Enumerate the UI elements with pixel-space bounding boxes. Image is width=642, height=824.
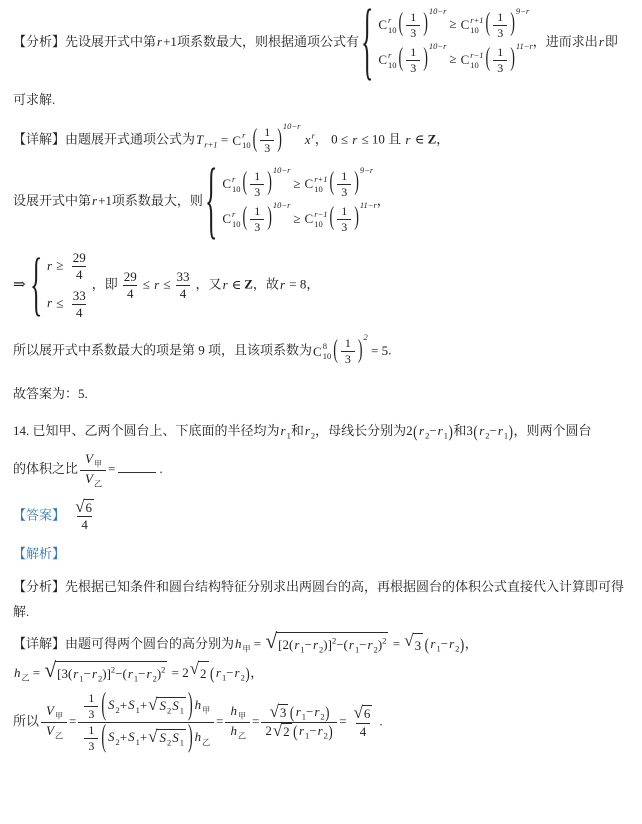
text-token: ( <box>329 202 336 237</box>
text-token: ≤ <box>163 277 170 292</box>
text-token: r <box>46 295 53 310</box>
text-token: − <box>138 666 145 681</box>
fraction: 334 <box>173 269 194 303</box>
text-token: ， <box>436 132 449 147</box>
text-token: 3 <box>341 351 355 367</box>
text-token: 10 <box>470 26 483 36</box>
text-token: = <box>254 636 261 651</box>
answer-blank <box>118 459 156 473</box>
text-token: 已知甲、乙两个圆台上、下底面的半径均为 <box>33 423 280 438</box>
detail-label: 【详解】 <box>13 132 65 147</box>
text-token: 和 <box>453 423 466 438</box>
text-token: 3 <box>278 704 289 721</box>
text-token: h <box>229 723 238 738</box>
text-token: + <box>140 697 147 712</box>
sqrt-radical: √[3(r1−r2)]2−(r1−r2)2 <box>44 661 167 687</box>
text-token: r+1 <box>204 139 217 149</box>
text-token: 4 <box>176 285 191 302</box>
text-token: 33 <box>173 269 194 285</box>
answer-fraction: √64 <box>70 499 99 534</box>
layout-span: [3(r1−r2)]2−(r1−r2)2 <box>55 661 167 687</box>
text-token: ，即 <box>92 277 118 292</box>
analysis-label: 【分析】 <box>13 34 65 49</box>
text-token: 先根据已知条件和圆台结构特征分别求出两圆台的高，再根据圆台的体积公式直接代入计算… <box>13 579 624 619</box>
text-token: − <box>115 666 122 681</box>
text-token: + <box>120 729 127 744</box>
jiexi-label: 【解析】 <box>13 546 65 561</box>
text-token: C <box>222 211 231 228</box>
text-token: h <box>194 729 203 744</box>
text-token: = <box>33 665 40 680</box>
layout-span: r ≥ 294r ≤ 334 <box>46 248 92 323</box>
text-token: r <box>280 423 287 438</box>
text-token: ( <box>252 116 259 165</box>
text-token: ∈ <box>229 277 245 292</box>
text-token: Z <box>428 132 437 147</box>
text-token: ， <box>465 636 478 651</box>
text-token: r <box>351 132 358 147</box>
analysis-label: 【分析】 <box>13 579 65 594</box>
sqrt-radical: √[2(r1−r2)]2−(r1−r2)2 <box>265 632 388 658</box>
q14-answer-line: 【答案】 √64 <box>13 499 629 534</box>
text-token: r <box>497 423 504 438</box>
hyi-formula: h乙 = √[3(r1−r2)]2−(r1−r2)2 = 2√2(r1−r2) <box>13 665 250 680</box>
fraction: 13 <box>341 336 355 367</box>
text-token: r <box>279 277 286 292</box>
text-token: − <box>359 637 366 652</box>
text-token: 10 <box>314 185 327 195</box>
text-token: C <box>305 211 314 228</box>
fraction: 334 <box>69 288 90 322</box>
text-token: ) <box>353 202 360 237</box>
text-token: 9−r <box>516 6 529 16</box>
text-token: +1 <box>98 193 112 208</box>
h-ratio-fraction: h甲h乙 <box>225 703 250 741</box>
text-token: 即 <box>605 34 618 49</box>
text-token: − <box>336 637 343 652</box>
text-token: C <box>222 176 231 193</box>
layout-span: V甲 <box>80 451 106 470</box>
fraction: 13 <box>337 204 351 235</box>
sqrt-radical: √6 <box>75 499 94 516</box>
q14-final-line: 所以V甲V乙=13(S2+S1+√S2S1)h甲13(S2+S1+√S2S1)h… <box>13 691 629 754</box>
layout-span: r−110 <box>470 51 483 71</box>
text-token: r <box>222 277 229 292</box>
text-token: 2 <box>265 723 272 738</box>
text-token: 4 <box>123 285 138 302</box>
system-row: r ≥ 294 <box>46 248 92 286</box>
text-token: ) <box>325 702 330 723</box>
text-token: C <box>378 17 387 34</box>
text-token: ∈ <box>415 132 425 147</box>
layout-span: r10 <box>232 210 241 230</box>
q13-analysis-line: 【分析】先设展开式中第r+1项系数最大，则根据通项公式有{Cr10(13)10−… <box>13 8 629 78</box>
layout-span: 13(S2+S1+√S2S1)h甲 <box>78 691 214 722</box>
text-token: ，进而求出 <box>533 34 598 49</box>
text-token: 和 <box>291 423 304 438</box>
text-token: 由题可得两个圆台的高分别为 <box>65 636 234 651</box>
text-token: r <box>146 666 153 681</box>
text-token: = <box>69 713 76 728</box>
text-token: = <box>216 713 223 728</box>
text-token: ( <box>329 167 336 202</box>
text-token: 甲 <box>55 712 63 721</box>
text-token: r <box>91 666 98 681</box>
text-token: r <box>317 723 324 738</box>
binomial-coefficient: Cr10 <box>378 51 396 71</box>
layout-span: Cr10(13)10−r≥Cr+110(13)9−rCr10(13)10−r≥C… <box>377 8 532 78</box>
text-token: − <box>305 637 312 652</box>
text-token: ，则两个圆台 <box>514 423 592 438</box>
text-token: Z <box>244 277 253 292</box>
layout-span: S2S1 <box>156 697 186 716</box>
text-token: 3 <box>406 60 420 76</box>
text-token: ，故 <box>253 277 279 292</box>
q14-jiexi-line: 【解析】 <box>13 542 629 566</box>
text-token: 的体积之比 <box>13 461 78 476</box>
text-token: C <box>305 176 314 193</box>
layout-span: h乙 <box>225 722 250 742</box>
text-token: ) <box>266 202 273 237</box>
text-token: 3 <box>84 738 98 754</box>
text-token: r <box>348 637 355 652</box>
text-token: )] <box>102 666 111 681</box>
text-token: h <box>229 703 238 718</box>
text-token: 29 <box>69 250 90 266</box>
text-token: ( <box>413 416 418 447</box>
text-token: 0 ≤ <box>331 132 348 147</box>
text-token: 甲 <box>243 645 251 654</box>
text-token: 乙 <box>94 480 102 489</box>
text-token: 10−r <box>273 200 291 210</box>
text-token: = <box>252 713 259 728</box>
text-token: T <box>195 132 204 147</box>
text-token: 6 <box>84 499 95 516</box>
text-token: 2 <box>364 332 368 342</box>
layout-span: r2 <box>304 423 315 438</box>
text-token: r <box>234 665 241 680</box>
text-token: 10 <box>388 61 397 71</box>
text-token: 1 <box>84 723 98 738</box>
text-token: 3 <box>493 60 507 76</box>
text-token: V <box>84 471 94 486</box>
text-token: ) <box>448 416 453 447</box>
fraction: 13 <box>250 169 264 200</box>
text-token: 1 <box>341 336 355 351</box>
implies-icon: ⇒ <box>13 277 28 293</box>
hjia-formula: h甲 = √[2(r1−r2)]2−(r1−r2)2 = √3(r1−r2) <box>234 636 465 651</box>
text-token: 33 <box>69 288 90 304</box>
text-token: ≥ <box>446 51 459 66</box>
left-brace-icon: { <box>361 0 373 87</box>
text-token: r <box>312 637 319 652</box>
layout-span: r10 <box>242 131 251 151</box>
text-token: = <box>108 461 115 476</box>
layout-span: r10 <box>388 16 397 36</box>
text-token: 3 <box>413 633 424 658</box>
text-token: C <box>461 17 470 34</box>
text-token: 3 <box>250 184 264 200</box>
text-token: 所以展开式中系数最大的项是第 <box>13 343 195 358</box>
text-token: ) <box>245 658 250 689</box>
text-token: [3( <box>57 666 72 681</box>
text-token: h <box>13 665 22 680</box>
text-token: r <box>598 34 605 49</box>
text-token: 1 <box>260 125 274 140</box>
answer-label: 【答案】 <box>13 507 65 522</box>
text-token: ≤ <box>143 277 150 292</box>
text-token: ≤ <box>56 295 63 310</box>
text-token: = <box>393 636 400 651</box>
q13-analysis-continued: 可求解. <box>13 88 629 112</box>
text-token: h <box>194 697 203 712</box>
layout-span: [2(r1−r2)]2−(r1−r2)2 <box>276 632 388 658</box>
text-token: 1 <box>493 45 507 60</box>
inequality-system: {Cr10(13)10−r≥Cr+110(13)9−rCr10(13)10−r≥… <box>203 167 377 237</box>
text-token: 1 <box>180 705 184 715</box>
text-token: S <box>171 698 180 713</box>
text-token: 1 <box>406 45 420 60</box>
fraction: 294 <box>69 250 90 284</box>
text-token: 先设展开式中第 <box>65 34 156 49</box>
fraction: 13 <box>406 45 420 76</box>
text-token: 3 <box>84 706 98 722</box>
slant-height-2: 3(r2−r1) <box>466 423 513 438</box>
volume-ratio-fraction: V甲V乙 <box>80 451 106 489</box>
text-token: 项系数最大，则根据通项公式有 <box>177 34 359 49</box>
text-token: 1 <box>337 169 351 184</box>
layout-span: r+110 <box>470 16 483 36</box>
text-token: 1 <box>337 204 351 219</box>
text-token: +1 <box>163 34 177 49</box>
sqrt-radical: √2 <box>273 723 292 740</box>
result-fraction: √64 <box>349 705 378 740</box>
text-token: ( <box>398 8 405 43</box>
layout-span: V乙 <box>41 722 67 742</box>
q14-problem-line: 14. 已知甲、乙两个圆台上、下底面的半径均为r1和r2，母线长分别为2(r2−… <box>13 419 629 444</box>
binomial-coefficient: C810 <box>313 340 331 364</box>
binomial-coefficient: Cr10 <box>222 210 240 230</box>
text-token: ) <box>357 327 364 376</box>
binomial-coefficient: Cr+110 <box>461 16 484 36</box>
q14-detail-hyi-line: h乙 = √[3(r1−r2)]2−(r1−r2)2 = 2√2(r1−r2)， <box>13 661 629 687</box>
sqrt-ratio-fraction: √3(r1−r2)2√2(r1−r2) <box>261 704 337 741</box>
layout-span: 810 <box>323 342 332 362</box>
text-token: ， <box>377 193 390 208</box>
text-token: 10 <box>388 26 397 36</box>
text-token: S <box>127 697 136 712</box>
detail-label: 【详解】 <box>13 636 65 651</box>
text-token: C <box>313 340 322 364</box>
text-token: C <box>232 129 241 153</box>
one-third-fraction: 13 <box>84 691 98 722</box>
text-token: ( <box>332 327 339 376</box>
text-token: 2 <box>281 723 292 740</box>
text-token: 10−r <box>429 41 447 51</box>
text-token: + <box>120 697 127 712</box>
volume-ratio-fraction: V甲V乙 <box>41 703 67 741</box>
text-token: ，又 <box>196 277 222 292</box>
text-token: ≥ <box>56 258 63 273</box>
text-token: ) <box>266 167 273 202</box>
layout-span: √3(r1−r2) <box>265 704 334 722</box>
text-token: 甲 <box>238 712 246 721</box>
text-token: h <box>234 636 243 651</box>
layout-span: √6 <box>349 705 378 723</box>
text-token: 1 <box>493 10 507 25</box>
inequality-system: {Cr10(13)10−r≥Cr+110(13)9−rCr10(13)10−r≥… <box>359 8 533 78</box>
text-token: C <box>461 52 470 69</box>
text-token: ) <box>353 167 360 202</box>
text-token: ) <box>509 43 516 78</box>
text-token: . <box>388 343 391 358</box>
layout-span: r+110 <box>314 175 327 195</box>
text-token: 1 <box>406 10 420 25</box>
text-token: 可求解. <box>13 92 55 107</box>
text-token: − <box>309 723 316 738</box>
text-token: ( <box>289 702 294 723</box>
text-token: 6 <box>362 705 373 722</box>
text-token: 4 <box>72 304 87 321</box>
fraction: 13 <box>406 10 420 41</box>
text-token: 10−r <box>283 121 301 131</box>
text-token: 甲 <box>94 460 102 469</box>
binomial-coefficient: Cr+110 <box>305 175 328 195</box>
text-token: 4 <box>356 723 371 740</box>
text-token: ) <box>459 630 464 661</box>
layout-span: r10 <box>388 51 397 71</box>
sqrt-radical: √2 <box>190 661 209 686</box>
text-token: 由题展开式通项公式为 <box>65 132 195 147</box>
text-token: 10 <box>232 185 241 195</box>
text-token: 29 <box>120 269 141 285</box>
text-token: 3 <box>493 25 507 41</box>
text-token: ，母线长分别为 <box>315 423 406 438</box>
text-token: 2 <box>382 636 386 646</box>
problem-number: 14. <box>13 423 29 438</box>
text-token: r <box>295 704 302 719</box>
max-coefficient-formula: C810(13)2 = 5 <box>312 343 388 358</box>
text-token: 10−r <box>273 165 291 175</box>
text-token: S <box>171 730 180 745</box>
sqrt-radical: √3 <box>404 633 423 658</box>
text-token: − <box>441 636 448 651</box>
fraction: 13 <box>260 125 274 156</box>
text-token: x <box>304 132 312 147</box>
q14-analysis-paragraph: 【分析】先根据已知条件和圆台结构特征分别求出两圆台的高，再根据圆台的体积公式直接… <box>13 574 629 625</box>
text-token: ( <box>293 721 298 742</box>
text-token: ) <box>422 43 429 78</box>
text-token: ≥ <box>290 176 303 191</box>
text-token: ( <box>398 43 405 78</box>
text-token: S <box>158 698 167 713</box>
system-row: Cr10(13)10−r≥Cr+110(13)9−r <box>377 8 532 43</box>
text-token: ( <box>100 718 107 758</box>
layout-span: V甲 <box>41 703 67 722</box>
left-brace-icon: { <box>205 159 217 246</box>
text-token: ， <box>250 665 263 680</box>
text-token: r <box>404 132 411 147</box>
text-token: V <box>45 723 55 738</box>
binomial-coefficient: Cr−110 <box>305 210 328 230</box>
system-row: Cr10(13)10−r≥Cr−110(13)11−r <box>221 202 376 237</box>
text-token: ≥ <box>290 211 303 226</box>
text-token: r <box>298 723 305 738</box>
fraction: 13 <box>250 204 264 235</box>
text-token: − <box>84 666 91 681</box>
text-token: r <box>215 665 222 680</box>
text-token: 3 <box>337 184 351 200</box>
sqrt-radical: √3 <box>270 704 289 721</box>
text-token: S <box>127 729 136 744</box>
text-token: 乙 <box>22 673 30 682</box>
binomial-coefficient: Cr10 <box>222 175 240 195</box>
text-token: ( <box>485 8 492 43</box>
text-token: 9 <box>198 343 205 358</box>
slant-height-1: 2(r2−r1) <box>406 423 453 438</box>
text-token: 3 <box>260 140 274 156</box>
text-token: r <box>304 423 311 438</box>
text-token: 项系数最大，则 <box>112 193 203 208</box>
layout-span: V乙 <box>80 470 106 490</box>
text-token: S <box>158 730 167 745</box>
text-token: 10 <box>242 141 251 151</box>
fraction: 13 <box>493 10 507 41</box>
text-token: + <box>140 729 147 744</box>
text-token: ≥ <box>446 16 459 31</box>
layout-span: S2S1 <box>156 729 186 748</box>
text-token: = <box>221 132 228 147</box>
system-row: Cr10(13)10−r≥Cr+110(13)9−r <box>221 167 376 202</box>
q14-detail-hjia-line: 【详解】由题可得两个圆台的高分别为h甲 = √[2(r1−r2)]2−(r1−r… <box>13 632 629 658</box>
layout-span: h甲 <box>225 703 250 722</box>
system-row: r ≤ 334 <box>46 286 92 324</box>
text-token: − <box>490 423 497 438</box>
text-token: ( <box>210 658 215 689</box>
fraction: 13 <box>493 45 507 76</box>
text-token: 4 <box>77 516 92 533</box>
text-token: 10 <box>470 61 483 71</box>
text-token: [2( <box>278 637 293 652</box>
q13-detail-intro: 【详解】由题展开式通项公式为Tr+1 = Cr10(13)10−r xr， 0 … <box>13 125 629 156</box>
text-token: 乙 <box>55 731 63 740</box>
q13-final-answer: 故答案为：5. <box>13 382 629 406</box>
q13-implies-line: ⇒{r ≥ 294r ≤ 334，即294≤ r ≤334，又r∈Z，故r = … <box>13 248 629 323</box>
text-token: C <box>378 52 387 69</box>
fraction: 13 <box>337 169 351 200</box>
text-token: ) <box>276 116 283 165</box>
text-token: ( <box>424 630 429 661</box>
layout-span: 13(S2+S1+√S2S1)h乙 <box>78 722 214 754</box>
q14-ratio-line: 的体积之比V甲V乙=. <box>13 451 629 489</box>
text-token: 项，且该项系数为 <box>208 343 312 358</box>
binomial-coefficient: Cr−110 <box>461 51 484 71</box>
text-token: 10 <box>232 220 241 230</box>
text-token: ) <box>187 718 194 758</box>
binomial-coefficient: Cr10 <box>232 129 250 153</box>
text-token: r <box>437 423 444 438</box>
text-token: )] <box>323 637 332 652</box>
system-row: Cr10(13)10−r≥Cr−110(13)11−r <box>377 43 532 78</box>
text-token: 乙 <box>202 738 210 747</box>
text-token: r <box>46 258 53 273</box>
text-token: 10 <box>323 352 332 362</box>
layout-span: r1 <box>280 423 291 438</box>
text-token: ( <box>242 202 249 237</box>
text-token: 甲 <box>202 706 210 715</box>
text-token: 2 <box>198 661 209 686</box>
text-token: ) <box>328 721 333 742</box>
